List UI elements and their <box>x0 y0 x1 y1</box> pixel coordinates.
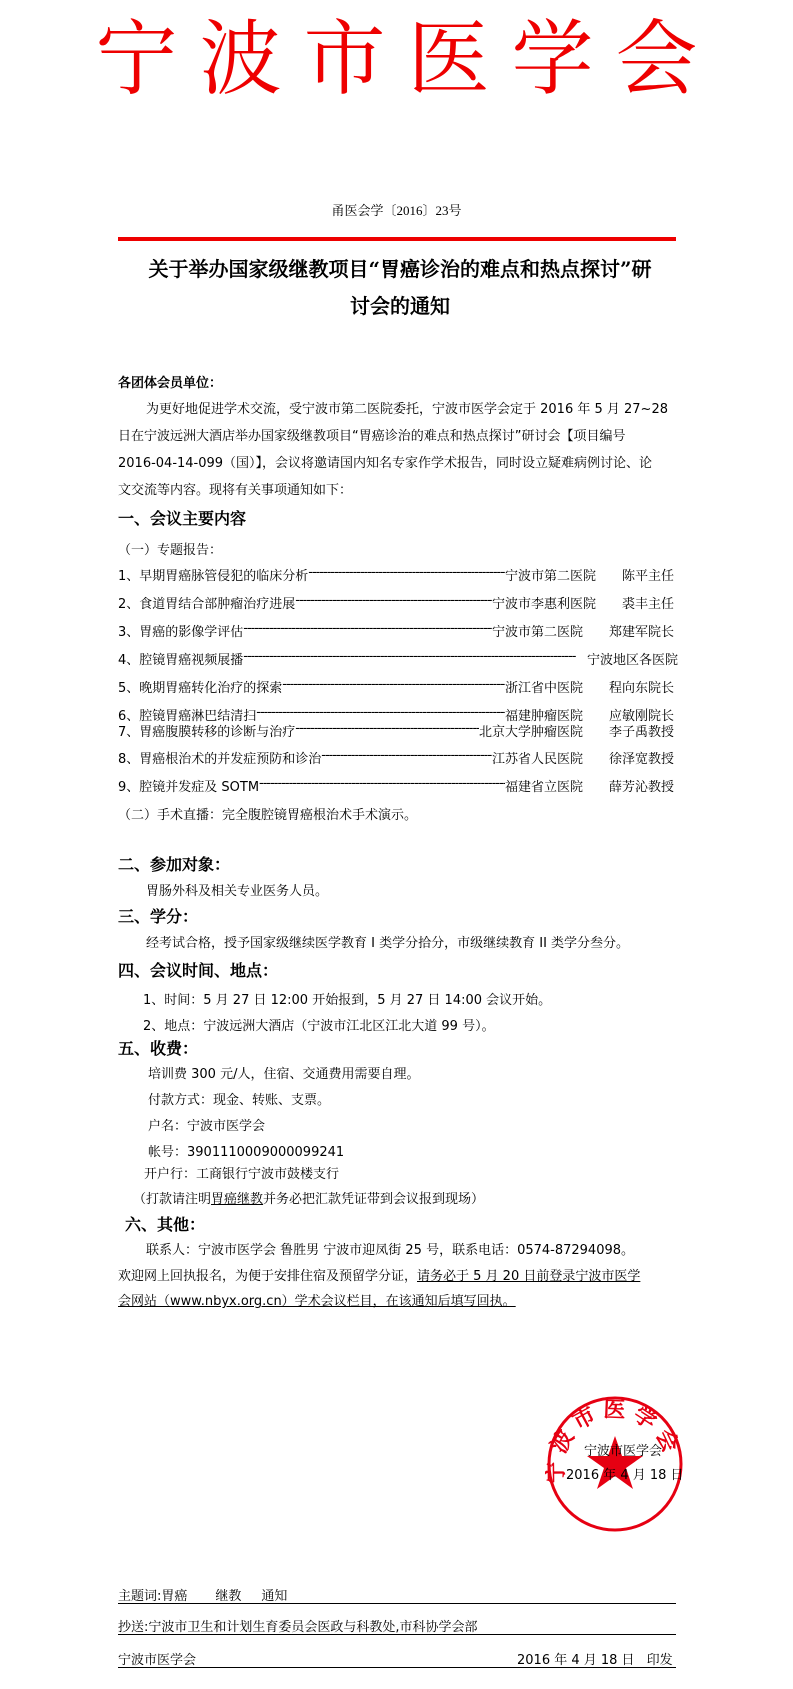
section3-heading: 三、学分： <box>118 904 198 927</box>
dash-leader: ----------------------------------------… <box>243 649 587 668</box>
dash-leader: ----------------------------------------… <box>243 621 492 640</box>
dash-leader: ----------------------------------------… <box>282 677 505 696</box>
report-row: 1、早期胃癌脉管侵犯的临床分析 ------------------------… <box>118 565 674 584</box>
report-org: 宁波市第二医院 <box>505 565 596 584</box>
report-person: 李子禹教授 <box>609 721 674 740</box>
report-person: 程向东院长 <box>609 677 674 696</box>
issue-date-value: 2016 年 4 月 18 日 <box>517 1653 635 1668</box>
signature-date: 2016 年 4 月 18 日 <box>566 1464 684 1483</box>
report-topic: 9、腔镜并发症及 SOTM <box>118 776 259 795</box>
report-row: 8、胃癌根治术的并发症预防和诊治 -----------------------… <box>118 748 674 767</box>
section2-body: 胃肠外科及相关专业医务人员。 <box>146 880 328 899</box>
intro-line1: 为更好地促进学术交流，受宁波市第二医院委托，宁波市医学会定于 2016 年 5 … <box>146 398 668 417</box>
salutation: 各团体会员单位： <box>118 372 222 391</box>
report-topic: 5、晚期胃癌转化治疗的探索 <box>118 677 282 696</box>
footer-rule <box>118 1603 676 1604</box>
bank-name: 开户行：工商银行宁波市鼓楼支行 <box>144 1163 339 1182</box>
report-person: 郑建军院长 <box>609 621 674 640</box>
payment-note-suffix: 并务必把汇款凭证带到会议报到现场） <box>263 1192 484 1207</box>
intro-line2: 日在宁波远洲大酒店举办国家级继教项目“胃癌诊治的难点和热点探讨”研讨会【项目编号 <box>118 425 625 444</box>
issue-date: 2016 年 4 月 18 日印发 <box>517 1649 673 1668</box>
report-topic: 4、腔镜胃癌视频展播 <box>118 649 243 668</box>
section2-heading: 二、参加对象： <box>118 852 230 875</box>
registration-plain: 欢迎网上回执报名，为便于安排住宿及预留学分证， <box>118 1269 417 1284</box>
section4-time: 1、时间：5 月 27 日 12:00 开始报到，5 月 27 日 14:00 … <box>143 989 551 1008</box>
report-org: 福建省立医院 <box>505 776 583 795</box>
dash-leader: ----------------------------------------… <box>259 776 505 795</box>
keyword: 通知 <box>261 1589 287 1604</box>
dash-leader: ----------------------------------------… <box>295 721 479 740</box>
cc-line: 抄送:宁波市卫生和计划生育委员会医政与科教处,市科协学会部 <box>118 1616 478 1635</box>
section4-heading: 四、会议时间、地点： <box>118 958 278 981</box>
report-row: 3、胃癌的影像学评估 -----------------------------… <box>118 621 674 640</box>
report-person: 裘丰主任 <box>622 593 674 612</box>
report-person: 徐泽宽教授 <box>609 748 674 767</box>
dash-leader: ----------------------------------------… <box>308 565 505 584</box>
contact-line: 联系人：宁波市医学会 鲁胜男 宁波市迎凤街 25 号，联系电话：0574-872… <box>146 1239 634 1258</box>
issuer: 宁波市医学会 <box>118 1649 196 1668</box>
intro-line3: 2016-04-14-099（国）】，会议将邀请国内知名专家作学术报告，同时设立… <box>118 452 652 471</box>
keyword: 继教 <box>215 1589 241 1604</box>
payment-note-prefix: （打款请注明 <box>133 1192 211 1207</box>
payment-note: （打款请注明胃癌继教并务必把汇款凭证带到会议报到现场） <box>133 1188 484 1207</box>
report-topic: 2、食道胃结合部肿瘤治疗进展 <box>118 593 295 612</box>
keywords: 主题词:胃癌继教通知 <box>118 1585 287 1604</box>
report-org: 宁波市李惠利医院 <box>492 593 596 612</box>
report-org: 浙江省中医院 <box>505 677 583 696</box>
payment-note-underlined: 胃癌继教 <box>211 1192 263 1207</box>
red-divider <box>118 237 676 241</box>
fee-line: 培训费 300 元/人，住宿、交通费用需要自理。 <box>148 1063 419 1082</box>
report-topic: 3、胃癌的影像学评估 <box>118 621 243 640</box>
report-topic: 8、胃癌根治术的并发症预防和诊治 <box>118 748 321 767</box>
keywords-label: 主题词: <box>118 1589 161 1604</box>
registration-deadline: 请务必于 5 月 20 日前登录宁波市医学 <box>417 1269 640 1284</box>
section1-heading: 一、会议主要内容 <box>118 506 246 529</box>
report-row: 9、腔镜并发症及 SOTM --------------------------… <box>118 776 674 795</box>
report-org: 宁波地区各医院 <box>587 649 678 668</box>
report-row: 4、腔镜胃癌视频展播 -----------------------------… <box>118 649 678 668</box>
section6-heading: 六、其他： <box>125 1212 205 1235</box>
section1-sub2: （二）手术直播：完全腹腔镜胃癌根治术手术演示。 <box>118 804 417 823</box>
intro-line4: 文交流等内容。现将有关事项通知如下： <box>118 479 352 498</box>
report-org: 宁波市第二医院 <box>492 621 583 640</box>
report-org: 江苏省人民医院 <box>492 748 583 767</box>
dash-leader: ----------------------------------------… <box>295 593 492 612</box>
report-topic: 1、早期胃癌脉管侵犯的临床分析 <box>118 565 308 584</box>
notice-title-line1: 关于举办国家级继教项目“胃癌诊治的难点和热点探讨”研 <box>100 253 700 282</box>
account-number: 帐号：3901110009000099241 <box>148 1141 344 1160</box>
masthead-title: 宁波市医学会 <box>0 10 793 110</box>
payment-methods: 付款方式：现金、转账、支票。 <box>148 1089 330 1108</box>
report-row: 2、食道胃结合部肿瘤治疗进展 -------------------------… <box>118 593 674 612</box>
report-row: 7、胃癌腹膜转移的诊断与治疗 -------------------------… <box>118 721 674 740</box>
registration-line: 欢迎网上回执报名，为便于安排住宿及预留学分证，请务必于 5 月 20 日前登录宁… <box>118 1265 640 1284</box>
signature-org: 宁波市医学会 <box>584 1440 662 1459</box>
account-name: 户名：宁波市医学会 <box>148 1115 265 1134</box>
dash-leader: ----------------------------------------… <box>321 748 492 767</box>
section5-heading: 五、收费： <box>118 1036 198 1059</box>
registration-website[interactable]: 会网站（www.nbyx.org.cn）学术会议栏目，在该通知后填写回执。 <box>118 1290 516 1309</box>
notice-title-line2: 讨会的通知 <box>100 290 700 319</box>
report-person: 薛芳沁教授 <box>609 776 674 795</box>
report-topic: 7、胃癌腹膜转移的诊断与治疗 <box>118 721 295 740</box>
keyword: 胃癌 <box>161 1589 187 1604</box>
report-row: 5、晚期胃癌转化治疗的探索 --------------------------… <box>118 677 674 696</box>
report-org: 北京大学肿瘤医院 <box>479 721 583 740</box>
issue-label: 印发 <box>647 1653 673 1668</box>
section3-body: 经考试合格，授予国家级继续医学教育 I 类学分拾分，市级继续教育 II 类学分叁… <box>146 932 629 951</box>
footer-rule <box>118 1667 676 1668</box>
section1-sub1: （一）专题报告： <box>118 539 222 558</box>
report-person: 陈平主任 <box>622 565 674 584</box>
section4-place: 2、地点：宁波远洲大酒店（宁波市江北区江北大道 99 号）。 <box>143 1015 495 1034</box>
document-number: 甬医会学〔2016〕23号 <box>0 200 793 219</box>
footer-rule <box>118 1634 676 1635</box>
